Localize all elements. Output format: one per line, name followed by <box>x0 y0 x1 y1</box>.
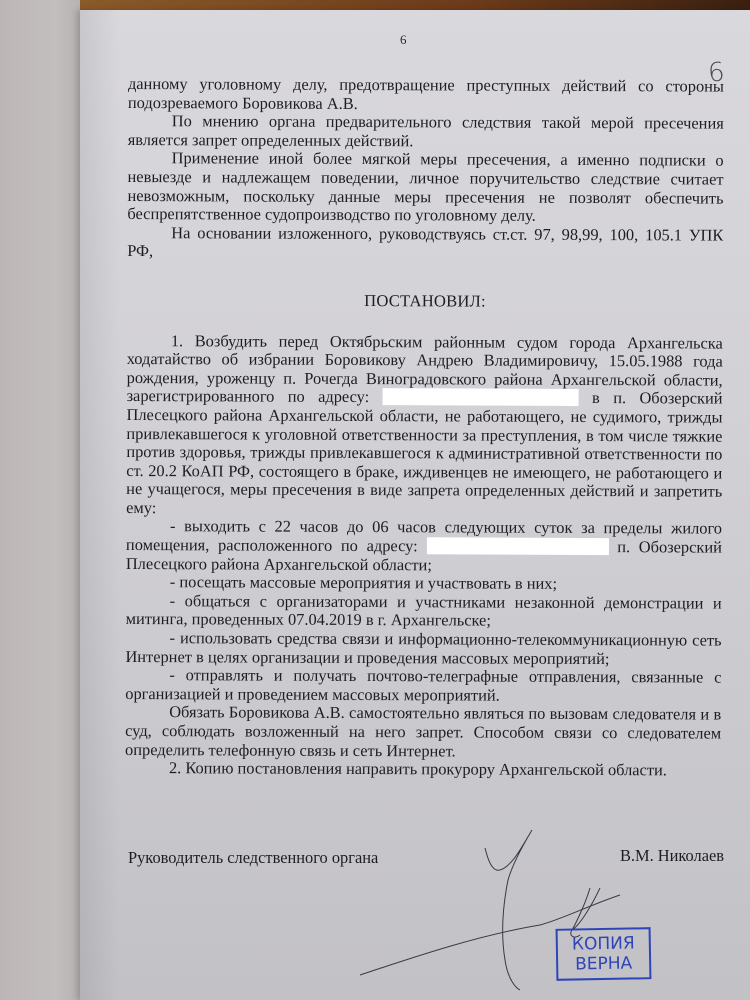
stamp-line-2: ВЕРНА <box>558 953 649 975</box>
stamp-line-1: КОПИЯ <box>558 933 649 955</box>
handwritten-signature-icon <box>0 0 750 1000</box>
copy-certified-stamp: КОПИЯ ВЕРНА <box>556 927 652 981</box>
